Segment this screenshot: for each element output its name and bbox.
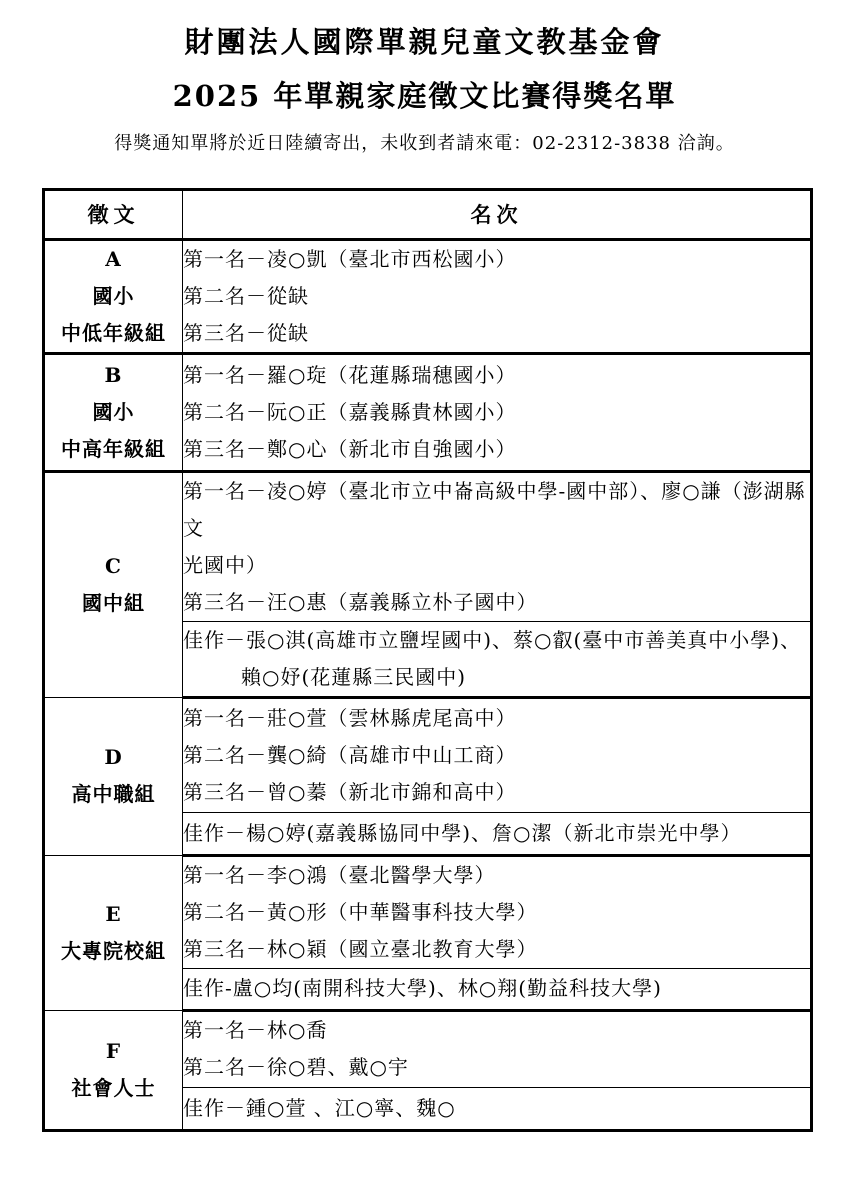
- winner-line: 第三名－曾○蓁（新北市錦和高中）: [183, 774, 810, 811]
- winner-line: 光國中）: [183, 547, 810, 584]
- group-label-b: B 國小 中高年級組: [44, 353, 183, 471]
- winner-line: 第一名－莊○萱（雲林縣虎尾高中）: [183, 700, 810, 737]
- honorable-line: 佳作－楊○婷(嘉義縣協同中學)、詹○潔（新北市崇光中學）: [183, 815, 810, 852]
- column-header-rank: 名次: [183, 189, 812, 239]
- winner-line: 第一名－李○鴻（臺北醫學大學）: [183, 857, 810, 894]
- group-label-line: 國小: [45, 394, 182, 431]
- winner-line: 第二名－黃○形（中華醫事科技大學）: [183, 894, 810, 931]
- group-label-c: C 國中組: [44, 471, 183, 697]
- awards-table: 徵文 名次 A 國小 中低年級組 第一名－凌○凱（臺北市西松國小） 第二名－從缺…: [42, 188, 813, 1132]
- winner-line: 第一名－林○喬: [183, 1012, 810, 1049]
- winner-line: 第二名－徐○碧、戴○宇: [183, 1049, 810, 1086]
- page-title: 財團法人國際單親兒童文教基金會: [0, 27, 849, 57]
- honorable-line: 賴○妤(花蓮縣三民國中): [183, 659, 810, 696]
- group-honorable-d: 佳作－楊○婷(嘉義縣協同中學)、詹○潔（新北市崇光中學）: [183, 812, 812, 855]
- group-letter: D: [45, 739, 182, 776]
- group-winners-f: 第一名－林○喬 第二名－徐○碧、戴○宇: [183, 1010, 812, 1087]
- honorable-line: 佳作－鍾○萱 、江○寧、魏○: [183, 1090, 810, 1127]
- group-row-b: B 國小 中高年級組 第一名－羅○琁（花蓮縣瑞穗國小） 第二名－阮○正（嘉義縣貴…: [44, 353, 812, 471]
- group-label-line: 高中職組: [45, 776, 182, 813]
- group-winners-a: 第一名－凌○凱（臺北市西松國小） 第二名－從缺 第三名－從缺: [183, 239, 812, 353]
- group-honorable-f: 佳作－鍾○萱 、江○寧、魏○: [183, 1087, 812, 1130]
- winner-line: 第三名－從缺: [183, 315, 810, 352]
- group-label-d: D 高中職組: [44, 697, 183, 855]
- honorable-line: 佳作-盧○均(南開科技大學)、林○翔(勤益科技大學): [183, 970, 810, 1007]
- group-letter: F: [45, 1033, 182, 1070]
- group-winners-c: 第一名－凌○婷（臺北市立中崙高級中學-國中部）、廖○謙（澎湖縣文 光國中） 第三…: [183, 471, 812, 621]
- winner-line: 第二名－龔○綺（高雄市中山工商）: [183, 737, 810, 774]
- group-honorable-c: 佳作－張○淇(高雄市立鹽埕國中)、蔡○叡(臺中市善美真中小學)、 賴○妤(花蓮縣…: [183, 621, 812, 697]
- group-winners-e: 第一名－李○鴻（臺北醫學大學） 第二名－黃○形（中華醫事科技大學） 第三名－林○…: [183, 855, 812, 968]
- group-letter: A: [45, 241, 182, 278]
- group-letter: C: [45, 548, 182, 585]
- group-label-line: 中低年級組: [45, 315, 182, 352]
- winner-line: 第三名－鄭○心（新北市自強國小）: [183, 431, 810, 468]
- group-winners-b: 第一名－羅○琁（花蓮縣瑞穗國小） 第二名－阮○正（嘉義縣貴林國小） 第三名－鄭○…: [183, 353, 812, 471]
- winner-line: 第三名－汪○惠（嘉義縣立朴子國中）: [183, 584, 810, 621]
- group-row-e: E 大專院校組 第一名－李○鴻（臺北醫學大學） 第二名－黃○形（中華醫事科技大學…: [44, 855, 812, 968]
- group-label-a: A 國小 中低年級組: [44, 239, 183, 353]
- group-row-c: C 國中組 第一名－凌○婷（臺北市立中崙高級中學-國中部）、廖○謙（澎湖縣文 光…: [44, 471, 812, 621]
- winner-line: 第二名－從缺: [183, 278, 810, 315]
- group-honorable-e: 佳作-盧○均(南開科技大學)、林○翔(勤益科技大學): [183, 968, 812, 1010]
- group-row-a: A 國小 中低年級組 第一名－凌○凱（臺北市西松國小） 第二名－從缺 第三名－從…: [44, 239, 812, 353]
- group-row-f: F 社會人士 第一名－林○喬 第二名－徐○碧、戴○宇: [44, 1010, 812, 1087]
- group-label-line: 國中組: [45, 585, 182, 622]
- column-header-category: 徵文: [44, 189, 183, 239]
- page-subtitle: 2025 年單親家庭徵文比賽得獎名單: [0, 81, 849, 111]
- honorable-line: 佳作－張○淇(高雄市立鹽埕國中)、蔡○叡(臺中市善美真中小學)、: [183, 622, 810, 659]
- group-letter: B: [45, 357, 182, 394]
- table-header-row: 徵文 名次: [44, 189, 812, 239]
- notice-line: 得獎通知單將於近日陸續寄出，未收到者請來電：02-2312-3838 洽詢。: [0, 134, 849, 154]
- winner-line: 第一名－凌○婷（臺北市立中崙高級中學-國中部）、廖○謙（澎湖縣文: [183, 473, 810, 547]
- group-letter: E: [45, 896, 182, 933]
- document-page: 財團法人國際單親兒童文教基金會 2025 年單親家庭徵文比賽得獎名單 得獎通知單…: [0, 0, 849, 1132]
- group-label-line: 大專院校組: [45, 933, 182, 970]
- winner-line: 第三名－林○穎（國立臺北教育大學）: [183, 931, 810, 968]
- winner-line: 第一名－凌○凱（臺北市西松國小）: [183, 241, 810, 278]
- winner-line: 第二名－阮○正（嘉義縣貴林國小）: [183, 394, 810, 431]
- group-row-d: D 高中職組 第一名－莊○萱（雲林縣虎尾高中） 第二名－龔○綺（高雄市中山工商）…: [44, 697, 812, 812]
- group-label-line: 中高年級組: [45, 431, 182, 468]
- group-label-line: 國小: [45, 278, 182, 315]
- group-label-line: 社會人士: [45, 1070, 182, 1107]
- group-label-f: F 社會人士: [44, 1010, 183, 1130]
- group-winners-d: 第一名－莊○萱（雲林縣虎尾高中） 第二名－龔○綺（高雄市中山工商） 第三名－曾○…: [183, 697, 812, 812]
- group-label-e: E 大專院校組: [44, 855, 183, 1010]
- winner-line: 第一名－羅○琁（花蓮縣瑞穗國小）: [183, 357, 810, 394]
